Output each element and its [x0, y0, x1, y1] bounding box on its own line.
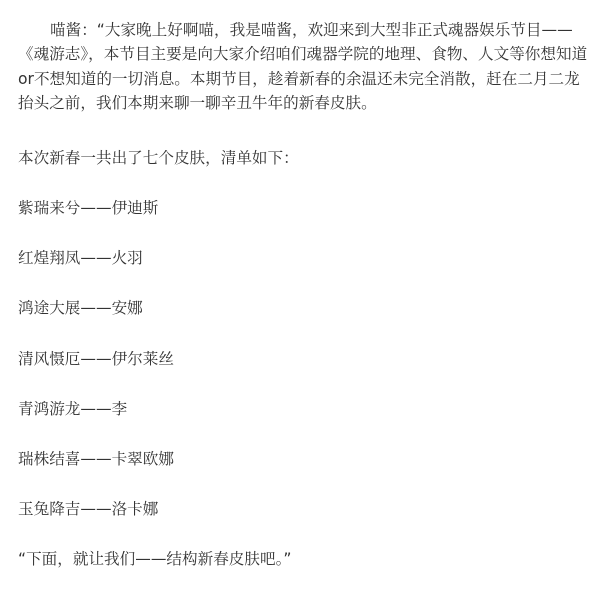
skin-list: 紫瑞来兮——伊迪斯 红煌翔凤——火羽 鸿途大展——安娜 清风慑厄——伊尔莱丝 青…	[18, 196, 594, 521]
skin-item: 红煌翔凤——火羽	[18, 246, 594, 270]
skin-item: 青鸿游龙——李	[18, 397, 594, 421]
intro-paragraph: 喵酱：“大家晚上好啊喵，我是喵酱，欢迎来到大型非正式魂器娱乐节目——《魂游志》，…	[18, 18, 594, 115]
article-body: 喵酱：“大家晚上好啊喵，我是喵酱，欢迎来到大型非正式魂器娱乐节目——《魂游志》，…	[0, 0, 608, 571]
list-heading: 本次新春一共出了七个皮肤，清单如下：	[18, 146, 594, 170]
skin-item: 瑞株结喜——卡翠欧娜	[18, 447, 594, 471]
skin-item: 鸿途大展——安娜	[18, 296, 594, 320]
closing-quote: “下面，就让我们——结构新春皮肤吧。”	[18, 547, 594, 571]
skin-item: 清风慑厄——伊尔莱丝	[18, 347, 594, 371]
skin-item: 玉兔降吉——洛卡娜	[18, 497, 594, 521]
skin-item: 紫瑞来兮——伊迪斯	[18, 196, 594, 220]
